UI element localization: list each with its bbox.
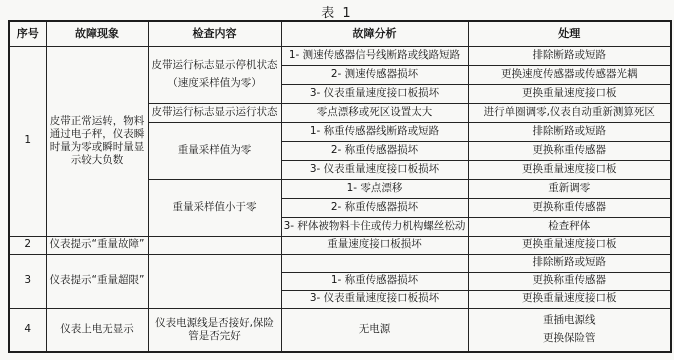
row1-phenomenon: 皮带正常运转，物料通过电子秤，仪表瞬时量为零或瞬时量显示较大负数 (46, 46, 148, 236)
treatment-cell: 重插电源线 更换保险管 (468, 308, 671, 352)
row4-no: 4 (9, 308, 46, 352)
treatment-cell: 更换重量速度接口板 (468, 160, 671, 179)
analysis-cell: 3- 仪表重量速度接口板损坏 (281, 290, 468, 308)
row4: 4 仪表上电无显示 仪表电源线是否接好,保险管是否完好 无电源 重插电源线 更换… (9, 308, 671, 352)
treatment-cell: 更换称重传感器 (468, 272, 671, 290)
analysis-cell: 2- 测速传感器损坏 (281, 65, 468, 84)
row1-check-stop-line2: （速度采样值为零） (151, 75, 279, 93)
analysis-cell: 2- 称重传感器损坏 (281, 141, 468, 160)
treatment-cell: 更换重量速度接口板 (468, 84, 671, 103)
row3-no: 3 (9, 254, 46, 308)
row1-check-run-state: 皮带运行标志显示运行状态 (148, 103, 281, 122)
analysis-cell: 1- 称重传感器线断路或短路 (281, 122, 468, 141)
analysis-cell: 3- 秤体被物料卡住或传力机构螺丝松动 (281, 217, 468, 236)
analysis-cell: 3- 仪表重量速度接口板损坏 (281, 160, 468, 179)
header-phenomenon: 故障现象 (46, 21, 148, 46)
analysis-cell: 重量速度接口板损坏 (281, 236, 468, 254)
treatment-cell: 更换重量速度接口板 (468, 290, 671, 308)
row1-sub1: 1 皮带正常运转，物料通过电子秤，仪表瞬时量为零或瞬时量显示较大负数 皮带运行标… (9, 46, 671, 65)
row3-check-empty (148, 254, 281, 308)
row1-check-weight-zero: 重量采样值为零 (148, 122, 281, 179)
table-title: 表 1 (0, 2, 674, 21)
treatment-cell: 排除断路或短路 (468, 122, 671, 141)
row4-treatment-line1: 重插电源线 (471, 312, 669, 330)
analysis-cell: 1- 零点漂移 (281, 179, 468, 198)
header-analysis: 故障分析 (281, 21, 468, 46)
row1-check-stop-state: 皮带运行标志显示停机状态 （速度采样值为零） (148, 46, 281, 103)
treatment-cell: 更换速度传感器或传感器光耦 (468, 65, 671, 84)
treatment-cell: 更换称重传感器 (468, 198, 671, 217)
analysis-cell: 无电源 (281, 308, 468, 352)
header-row: 序号 故障现象 检查内容 故障分析 处理 (9, 21, 671, 46)
fault-diagnosis-table: 序号 故障现象 检查内容 故障分析 处理 1 皮带正常运转，物料通过电子秤，仪表… (8, 20, 672, 353)
row4-phenomenon: 仪表上电无显示 (46, 308, 148, 352)
row3-sub1: 3 仪表提示“重量超限” 排除断路或短路 (9, 254, 671, 272)
treatment-cell: 排除断路或短路 (468, 254, 671, 272)
row2-no: 2 (9, 236, 46, 254)
analysis-cell: 2- 称重传感器损坏 (281, 198, 468, 217)
row1-check-weight-negative: 重量采样值小于零 (148, 179, 281, 236)
analysis-cell (281, 254, 468, 272)
treatment-cell: 更换重量速度接口板 (468, 236, 671, 254)
header-treatment: 处理 (468, 21, 671, 46)
row2-phenomenon: 仪表提示“重量故障” (46, 236, 148, 254)
row4-treatment-line2: 更换保险管 (471, 330, 669, 348)
row2-check-empty (148, 236, 281, 254)
analysis-cell: 1- 称重传感器损坏 (281, 272, 468, 290)
row4-check-power: 仪表电源线是否接好,保险管是否完好 (148, 308, 281, 352)
treatment-cell: 重新调零 (468, 179, 671, 198)
row1-no: 1 (9, 46, 46, 236)
analysis-cell: 1- 测速传感器信号线断路或线路短路 (281, 46, 468, 65)
treatment-cell: 排除断路或短路 (468, 46, 671, 65)
header-check: 检查内容 (148, 21, 281, 46)
analysis-cell: 3- 仪表重量速度接口板损坏 (281, 84, 468, 103)
header-no: 序号 (9, 21, 46, 46)
row3-phenomenon: 仪表提示“重量超限” (46, 254, 148, 308)
treatment-cell: 进行单圈调零,仪表自动重新测算死区 (468, 103, 671, 122)
treatment-cell: 更换称重传感器 (468, 141, 671, 160)
treatment-cell: 检查秤体 (468, 217, 671, 236)
row2: 2 仪表提示“重量故障” 重量速度接口板损坏 更换重量速度接口板 (9, 236, 671, 254)
row1-check-stop-line1: 皮带运行标志显示停机状态 (151, 57, 279, 75)
analysis-cell: 零点漂移或死区设置太大 (281, 103, 468, 122)
